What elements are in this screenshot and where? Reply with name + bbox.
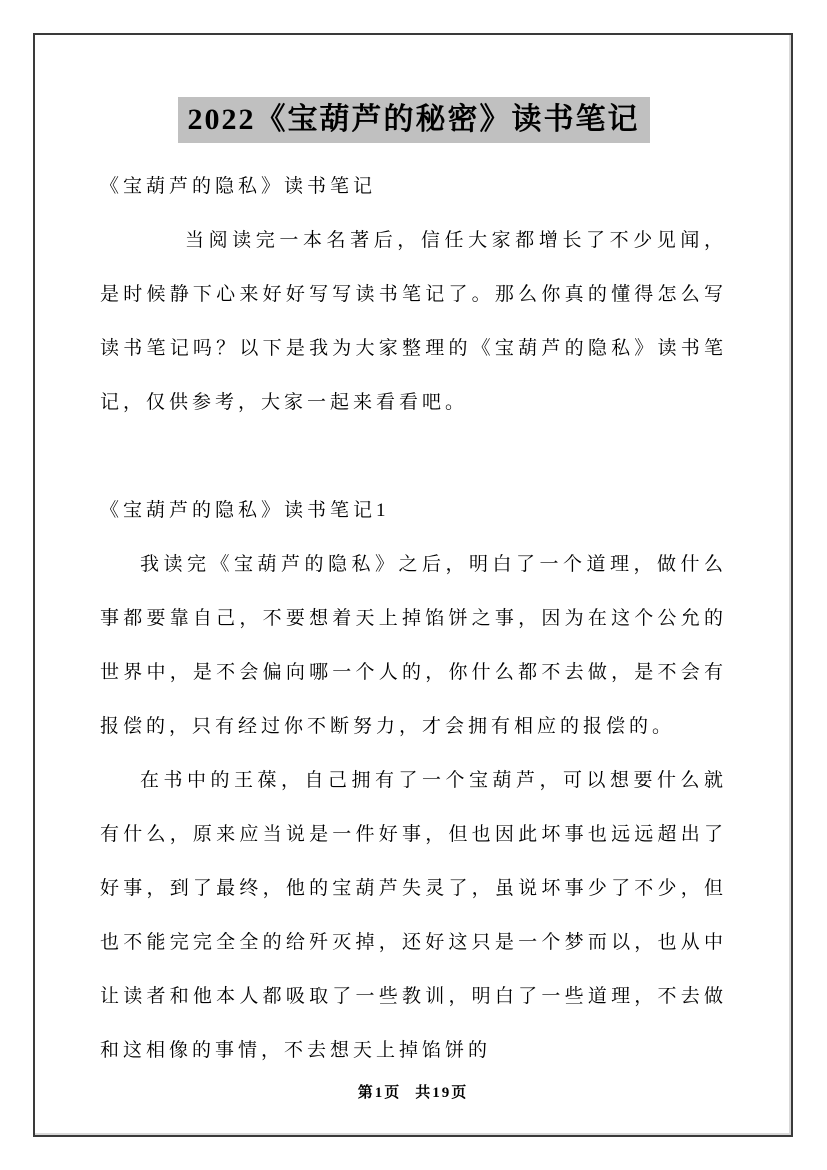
page-total: 共19页 [415,1085,468,1101]
title-block: 2022《宝葫芦的秘密》读书笔记 [100,97,727,143]
paragraph: 当阅读完一本名著后，信任大家都增长了不少见闻，是时候静下心来好好写写读书笔记了。… [100,214,727,430]
page-number: 第1页 [358,1085,402,1101]
page-border: 2022《宝葫芦的秘密》读书笔记 《宝葫芦的隐私》读书笔记 当阅读完一本名著后，… [33,33,793,1137]
paragraph: 我读完《宝葫芦的隐私》之后，明白了一个道理，做什么事都要靠自己，不要想着天上掉馅… [100,538,727,754]
page-footer: 第1页共19页 [35,1081,791,1102]
page-content: 2022《宝葫芦的秘密》读书笔记 《宝葫芦的隐私》读书笔记 当阅读完一本名著后，… [100,35,727,1078]
document-body: 《宝葫芦的隐私》读书笔记 当阅读完一本名著后，信任大家都增长了不少见闻，是时候静… [100,160,727,1078]
section-heading: 《宝葫芦的隐私》读书笔记 [100,160,727,214]
document-canvas: 2022《宝葫芦的秘密》读书笔记 《宝葫芦的隐私》读书笔记 当阅读完一本名著后，… [0,0,827,1170]
section-heading: 《宝葫芦的隐私》读书笔记1 [100,484,727,538]
document-title: 2022《宝葫芦的秘密》读书笔记 [178,97,650,143]
blank-line [100,430,727,484]
paragraph: 在书中的王葆，自己拥有了一个宝葫芦，可以想要什么就有什么，原来应当说是一件好事，… [100,754,727,1078]
